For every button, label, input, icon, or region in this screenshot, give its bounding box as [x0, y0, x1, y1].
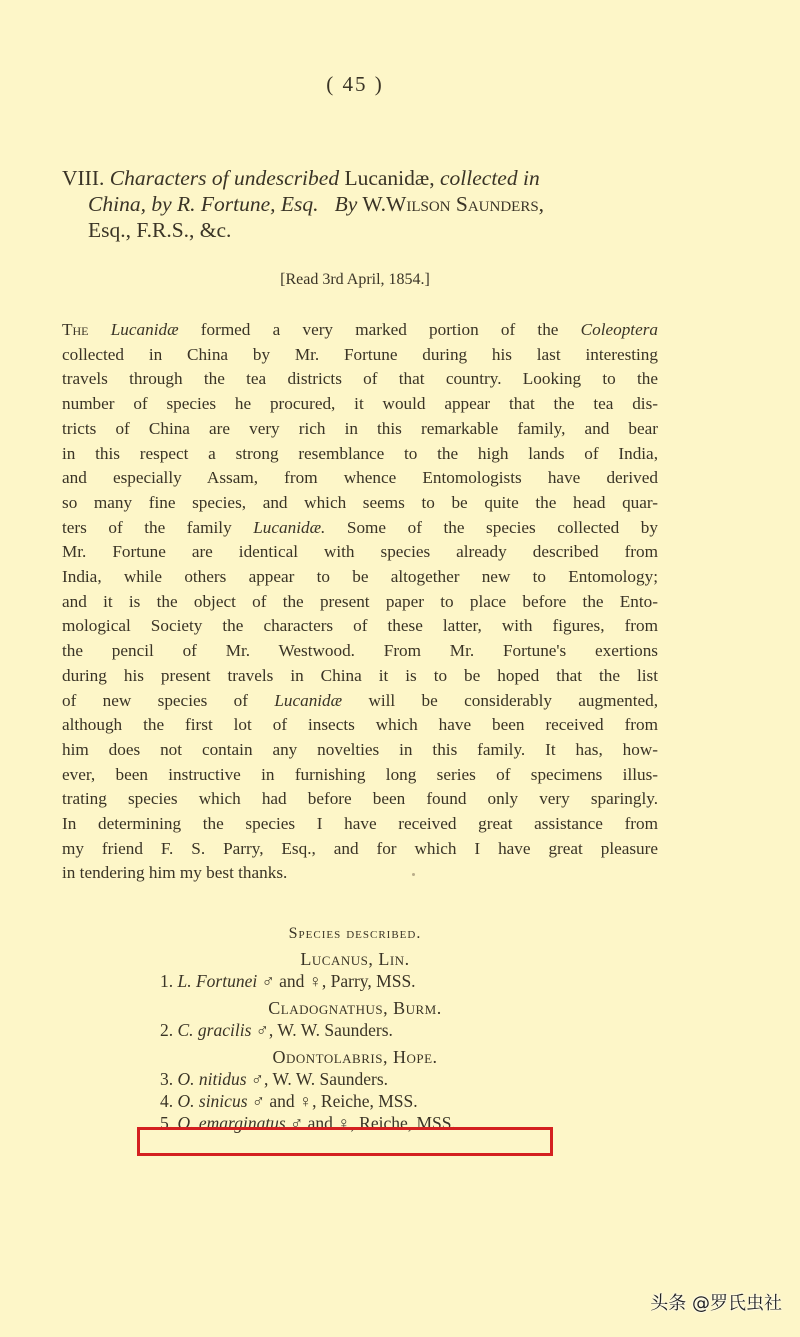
text-line: trating species which had before been fo…	[62, 787, 658, 812]
author-name: Wilson Saunders,	[386, 192, 544, 216]
title-line-2: China, by R. Fortune, Esq. By W.Wilson S…	[62, 191, 702, 217]
text-line: travels through the tea districts of tha…	[62, 367, 658, 392]
text-line: and especially Assam, from whence Entomo…	[62, 466, 658, 491]
article-title: VIII. Characters of undescribed Lucanidæ…	[62, 165, 702, 243]
text-line: of new species of Lucanidæ will be consi…	[62, 689, 658, 714]
highlight-box	[137, 1127, 553, 1156]
text-line: ever, been instructive in furnishing lon…	[62, 763, 658, 788]
text-line: Mr. Fortune are identical with species a…	[62, 540, 658, 565]
title-line-3: Esq., F.R.S., &c.	[62, 217, 702, 243]
text-line: ters of the family Lucanidæ. Some of the…	[62, 516, 658, 541]
read-date: [Read 3rd April, 1854.]	[0, 271, 710, 289]
text-line: In determining the species I have receiv…	[62, 812, 658, 837]
text-line: although the first lot of insects which …	[62, 713, 658, 738]
species-entry-highlighted: 4. O. sinicus ♂ and ♀, Reiche, MSS.	[0, 1091, 710, 1112]
text-line: my friend F. S. Parry, Esq., and for whi…	[62, 837, 658, 862]
section-numeral: VIII.	[62, 166, 104, 190]
title-family: Lucanidæ,	[344, 166, 434, 190]
title-line-1: VIII. Characters of undescribed Lucanidæ…	[62, 165, 702, 191]
page-number: ( 45 )	[0, 72, 710, 97]
species-entry: 3. O. nitidus ♂, W. W. Saunders.	[0, 1069, 710, 1090]
text-line: the pencil of Mr. Westwood. From Mr. For…	[62, 639, 658, 664]
ink-speck	[412, 873, 415, 876]
body-paragraph: The Lucanidæ formed a very marked portio…	[62, 318, 658, 886]
species-entry: 1. L. Fortunei ♂ and ♀, Parry, MSS.	[0, 971, 710, 992]
text-line: India, while others appear to be altoget…	[62, 565, 658, 590]
title-italic: China, by R. Fortune, Esq.	[88, 192, 319, 216]
watermark: 头条 @罗氏虫社	[650, 1289, 782, 1315]
text-line: collected in China by Mr. Fortune during…	[62, 343, 658, 368]
author-initial: W.	[362, 192, 386, 216]
title-italic: collected in	[440, 166, 540, 190]
text-line: so many fine species, and which seems to…	[62, 491, 658, 516]
title-by: By	[335, 192, 358, 216]
text-line: mological Society the characters of thes…	[62, 614, 658, 639]
species-described-section: Species described. Lucanus, Lin.1. L. Fo…	[0, 925, 710, 1134]
text-line: in tendering him my best thanks.	[62, 861, 658, 886]
text-line: tricts of China are very rich in this re…	[62, 417, 658, 442]
genus-heading: Lucanus, Lin.	[0, 949, 710, 970]
genus-heading: Cladognathus, Burm.	[0, 998, 710, 1019]
text-line: during his present travels in China it i…	[62, 664, 658, 689]
text-line: number of species he procured, it would …	[62, 392, 658, 417]
title-italic: Characters of undescribed	[110, 166, 339, 190]
text-line: The Lucanidæ formed a very marked portio…	[62, 318, 658, 343]
species-entry: 2. C. gracilis ♂, W. W. Saunders.	[0, 1020, 710, 1041]
scanned-page: ( 45 ) VIII. Characters of undescribed L…	[0, 0, 800, 1337]
text-line: in this respect a strong resemblance to …	[62, 442, 658, 467]
genus-heading: Odontolabris, Hope.	[0, 1047, 710, 1068]
text-line: and it is the object of the present pape…	[62, 590, 658, 615]
species-heading: Species described.	[0, 925, 710, 943]
text-line: him does not contain any novelties in th…	[62, 738, 658, 763]
